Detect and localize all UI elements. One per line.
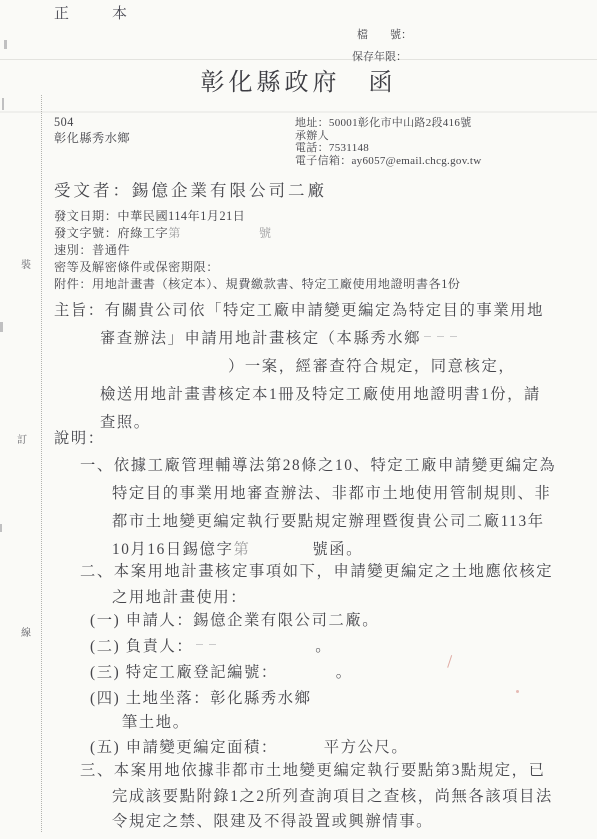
subject-line-3: ）一案，經審查符合規定，同意核定，	[228, 358, 515, 376]
subject-line-1: 主旨：有關貴公司依「特定工廠申請變更編定為特定目的事業用地	[54, 302, 544, 320]
redaction-remnant	[437, 336, 444, 342]
sub-item-4-continuation: 筆土地。	[122, 714, 190, 732]
sub2-period: 。	[315, 638, 332, 655]
sub-item-5-area: (五) 申請變更編定面積：平方公尺。	[90, 739, 408, 757]
recipient-line: 受文者：錫億企業有限公司二廠	[54, 182, 327, 201]
redaction-remnant	[450, 336, 457, 342]
binding-mark-zhuang: 裝	[21, 256, 31, 271]
explanation-item2-line2: 之用地計畫使用：	[112, 589, 247, 607]
agency-phone: 電話：7531148	[295, 142, 369, 155]
sub5-label: (五) 申請變更編定面積：	[90, 739, 278, 756]
redaction-remnant	[196, 644, 203, 650]
doc-number-line: 發文字號：府綠工字第號	[54, 226, 272, 240]
explanation-heading: 說明：	[54, 430, 105, 448]
sub3-label: (三) 特定工廠登記編號：	[90, 664, 278, 681]
subject-line-2-text: 審查辦法」申請用地計畫核定（本縣秀水鄉	[100, 330, 421, 347]
sub-item-4-land-location: (四) 土地坐落：彰化縣秀水鄉	[90, 690, 312, 708]
file-number-label: 檔 號：	[357, 29, 412, 42]
retention-label: 保存年限：	[352, 51, 407, 64]
scan-edge-mark	[2, 98, 4, 110]
sub-item-1-applicant: (一) 申請人：錫億企業有限公司二廠。	[90, 612, 379, 630]
sub-item-2-responsible: (二) 負責人：。	[90, 638, 332, 656]
attachments-line: 附件：用地計畫書（核定本）、規費繳款書、特定工廠使用地證明書各1份	[54, 277, 461, 291]
red-pen-mark	[447, 655, 459, 670]
sub5-unit: 平方公尺。	[324, 739, 409, 756]
speed-line: 速別：普通件	[54, 243, 130, 257]
doc-number-prefix: 發文字號：府綠工字	[54, 226, 168, 240]
copy-type-label: 正 本	[54, 6, 141, 23]
agency-email: 電子信箱：ay6057@email.chcg.gov.tw	[295, 155, 481, 168]
explanation-item2-line1: 二、本案用地計畫核定事項如下，申請變更編定之土地應依核定	[80, 563, 553, 581]
sub-item-3-registration: (三) 特定工廠登記編號：。	[90, 664, 353, 682]
explanation-item1-line3: 都市土地變更編定執行要點規定辦理暨復貴公司二廠113年	[112, 513, 545, 531]
scan-artifact-line	[0, 111, 597, 113]
sub3-period: 。	[336, 664, 353, 681]
redaction-remnant	[209, 644, 216, 650]
secrecy-line: 密等及解密條件或保密期限：	[54, 260, 219, 274]
subject-line-2: 審查辦法」申請用地計畫核定（本縣秀水鄉	[100, 330, 460, 348]
explanation-item3-line3: 令規定之禁、限建及不得設置或興辦情事。	[112, 813, 433, 831]
redaction-remnant	[424, 336, 431, 342]
page-title: 彰化縣政府 函	[0, 70, 597, 98]
doc-number-hao-faint: 號	[259, 226, 272, 240]
item1-line4-post: 號函。	[312, 541, 363, 558]
red-pen-dot	[516, 690, 519, 693]
scan-edge-mark	[4, 40, 7, 49]
explanation-item1-line4: 10月16日錫億字第號函。	[112, 541, 363, 559]
subject-line-4: 檢送用地計畫書核定本1冊及特定工廠使用地證明書1份，請	[100, 386, 541, 404]
item1-line4-pre: 10月16日錫億字	[112, 541, 233, 558]
binding-mark-xian: 線	[21, 624, 31, 639]
official-letter-page: 裝 訂 線 正 本 檔 號： 保存年限： 彰化縣政府 函 504 彰化縣秀水鄉 …	[0, 0, 597, 839]
explanation-item1-line1: 一、依據工廠管理輔導法第28條之10、特定工廠申請變更編定為	[80, 457, 556, 475]
doc-number-di-faint: 第	[168, 226, 181, 240]
binding-dotted-line	[41, 95, 42, 832]
issue-date-line: 發文日期：中華民國114年1月21日	[54, 209, 245, 223]
agency-address: 地址：50001彰化市中山路2段416號	[295, 117, 472, 130]
recipient-zip: 504	[54, 115, 74, 129]
scan-artifact-line	[0, 59, 597, 60]
explanation-item3-line1: 三、本案用地依據非都市土地變更編定執行要點第3點規定，已	[80, 762, 545, 780]
item1-line4-faint-di: 第	[233, 541, 250, 558]
scan-edge-mark	[0, 524, 2, 532]
scan-edge-mark	[0, 322, 3, 332]
explanation-item3-line2: 完成該要點附錄1之2所列查詢項目之查核，尚無各該項目法	[112, 788, 553, 806]
binding-mark-ding: 訂	[17, 431, 27, 446]
recipient-district: 彰化縣秀水鄉	[54, 131, 130, 145]
agency-officer: 承辦人	[295, 130, 329, 143]
explanation-item1-line2: 特定目的事業用地審查辦法、非都市土地使用管制規則、非	[112, 485, 551, 503]
sub2-label: (二) 負責人：	[90, 638, 193, 655]
subject-line-5: 查照。	[100, 414, 151, 432]
